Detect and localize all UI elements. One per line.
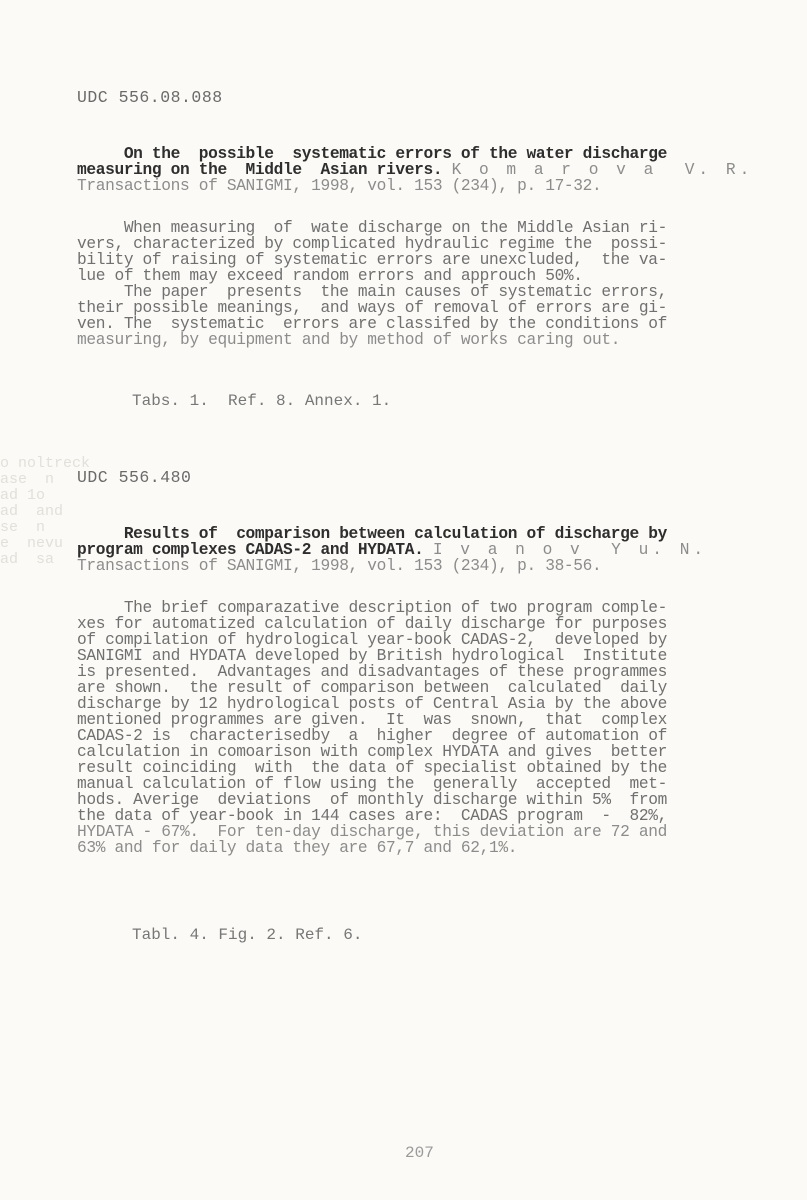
body-line: is presented. Advantages and disadvantag… bbox=[77, 664, 797, 680]
body-line: mentioned programmes are given. It was s… bbox=[77, 712, 797, 728]
abstract-1-header: On the possible systematic errors of the… bbox=[77, 146, 797, 194]
abstract-2-header: Results of comparison between calculatio… bbox=[77, 526, 797, 574]
abstract-2-footnote: Tabl. 4. Fig. 2. Ref. 6. bbox=[132, 926, 362, 944]
page-number: 207 bbox=[405, 1144, 434, 1162]
body-line: The brief comparazative description of t… bbox=[77, 600, 797, 616]
body-line: bility of raising of systematic errors a… bbox=[77, 252, 797, 268]
abstract-1-body: When measuring of wate discharge on the … bbox=[77, 220, 797, 348]
abstract-1-citation: Transactions of SANIGMI, 1998, vol. 153 … bbox=[77, 178, 797, 194]
body-line: HYDATA - 67%. For ten-day discharge, thi… bbox=[77, 824, 797, 840]
body-line: vers, characterized by complicated hydra… bbox=[77, 236, 797, 252]
body-line: ven. The systematic errors are classifed… bbox=[77, 316, 797, 332]
body-line: manual calculation of flow using the gen… bbox=[77, 776, 797, 792]
body-line: calculation in comoarison with complex H… bbox=[77, 744, 797, 760]
abstract-1-title-line: On the possible systematic errors of the… bbox=[77, 146, 797, 162]
abstract-2-title-line: Results of comparison between calculatio… bbox=[77, 526, 797, 542]
body-line: of compilation of hydrological year-book… bbox=[77, 632, 797, 648]
udc-code-2: UDC 556.480 bbox=[77, 468, 191, 487]
body-line: are shown. the result of comparison betw… bbox=[77, 680, 797, 696]
udc-code-1: UDC 556.08.088 bbox=[77, 88, 223, 107]
body-line: 63% and for daily data they are 67,7 and… bbox=[77, 840, 797, 856]
body-line: The paper presents the main causes of sy… bbox=[77, 284, 797, 300]
body-line: lue of them may exceed random errors and… bbox=[77, 268, 797, 284]
abstract-2-body: The brief comparazative description of t… bbox=[77, 600, 797, 856]
body-line: hods. Averige deviations of monthly disc… bbox=[77, 792, 797, 808]
body-line: their possible meanings, and ways of rem… bbox=[77, 300, 797, 316]
body-line: result coinciding with the data of speci… bbox=[77, 760, 797, 776]
body-line: measuring, by equipment and by method of… bbox=[77, 332, 797, 348]
body-line: xes for automatized calculation of daily… bbox=[77, 616, 797, 632]
body-line: the data of year-book in 144 cases are: … bbox=[77, 808, 797, 824]
scanned-page: o noltreck ase n ad 1o ad and se n e nev… bbox=[0, 0, 807, 1200]
body-line: CADAS-2 is characterisedby a higher degr… bbox=[77, 728, 797, 744]
body-line: When measuring of wate discharge on the … bbox=[77, 220, 797, 236]
abstract-2-citation: Transactions of SANIGMI, 1998, vol. 153 … bbox=[77, 558, 797, 574]
body-line: discharge by 12 hydrological posts of Ce… bbox=[77, 696, 797, 712]
body-line: SANIGMI and HYDATA developed by British … bbox=[77, 648, 797, 664]
abstract-1-footnote: Tabs. 1. Ref. 8. Annex. 1. bbox=[132, 392, 391, 410]
